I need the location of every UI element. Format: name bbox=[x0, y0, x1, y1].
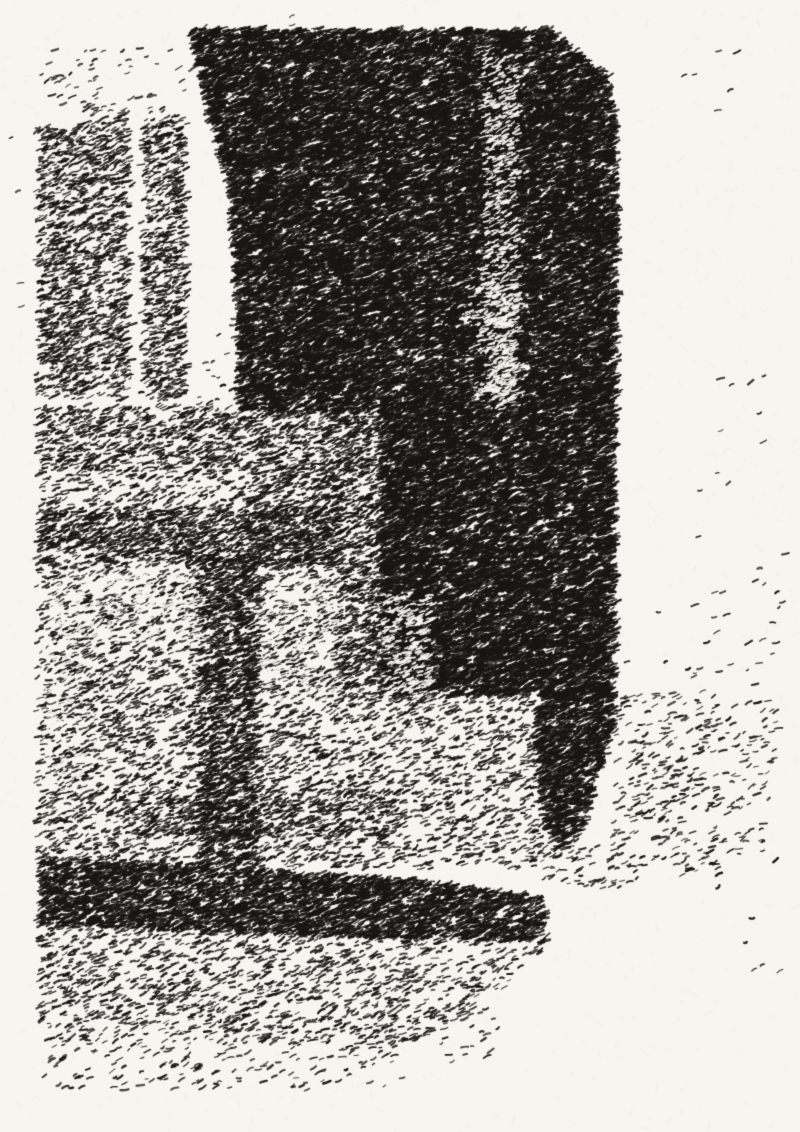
sketch-page bbox=[0, 0, 800, 1132]
stipple-canvas bbox=[0, 0, 800, 1132]
stipple-artwork bbox=[0, 0, 800, 1132]
